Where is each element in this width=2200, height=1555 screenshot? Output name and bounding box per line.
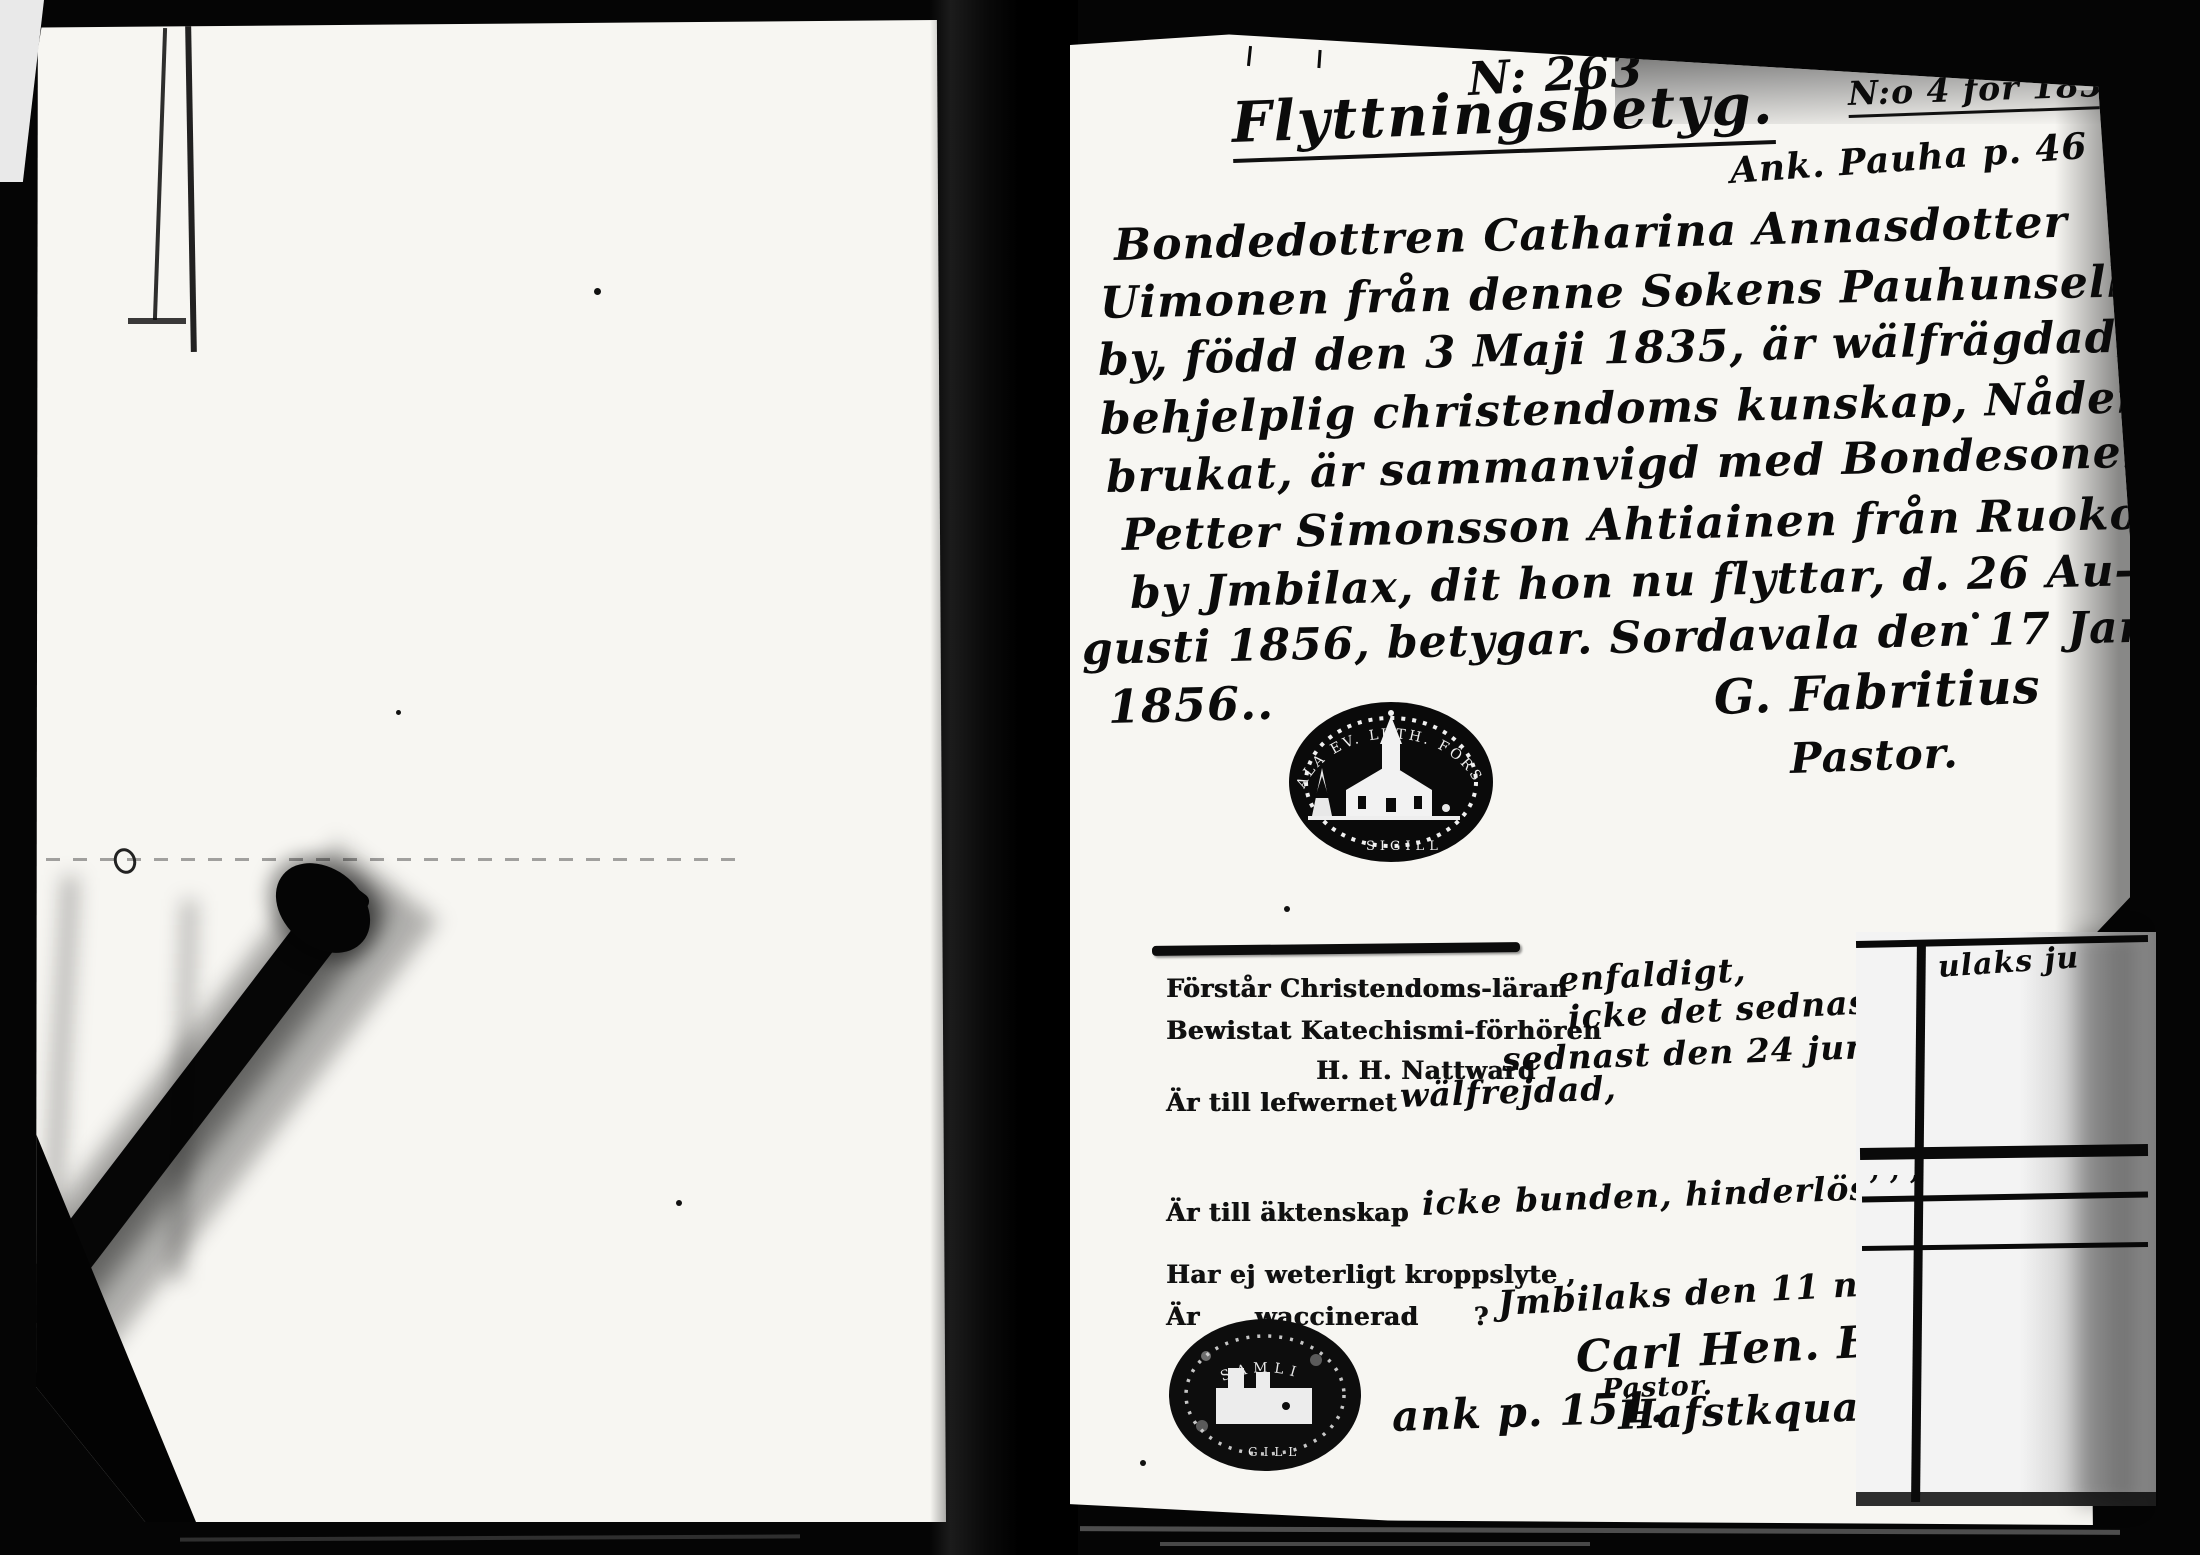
ink-speck	[676, 1200, 682, 1206]
ink-speck	[594, 288, 601, 295]
document-title: Flyttningsbetyg.	[1231, 71, 1776, 163]
pastor-signature: G. Fabritius	[1713, 659, 2041, 726]
seal-bottom-text: SIGILL	[1366, 839, 1443, 854]
crease-hook	[128, 318, 186, 324]
ink-speck	[1140, 1460, 1146, 1466]
bottom-edge-streak	[1160, 1542, 1590, 1546]
book-gutter	[930, 0, 1078, 1555]
form-value: icke bunden, hinderlös,	[1421, 1168, 1882, 1223]
arrival-note: Ank. Pauha p. 46	[1729, 125, 2089, 192]
form-label: Är till lefwernet	[1166, 1088, 1397, 1117]
ink-ring-mark	[110, 845, 140, 877]
form-label: Förstår Christendoms-läran	[1166, 974, 1568, 1003]
ink-speck	[1972, 612, 1979, 619]
form-value: wälfrejdad,	[1399, 1068, 1617, 1115]
left-page	[36, 20, 946, 1522]
pastor-title: Pastor.	[1789, 728, 1959, 783]
bottom-edge-streak	[1080, 1526, 2120, 1535]
cover-edge-sliver	[0, 0, 44, 182]
scanned-book-spread: N: 263 N:o 4 för 1856 Flyttningsbetyg. A…	[0, 0, 2200, 1555]
crease-line	[185, 26, 197, 352]
ink-speck	[1682, 292, 1688, 298]
fold-line	[46, 858, 736, 861]
parish-seal: ALA EV. LUTH. FÖRS. KYRKO SIGILL	[1286, 698, 1496, 866]
underlying-ruled-page: ulaks ju , , ,	[1856, 932, 2156, 1506]
tick-marks: , , ,	[1870, 1156, 1920, 1186]
seal-bottom-text: GILL	[1248, 1445, 1302, 1459]
edge-tick	[1317, 50, 1321, 68]
ruled-page-note: ulaks ju	[1937, 940, 2081, 985]
edge-tick	[1247, 46, 1252, 66]
body-line: 1856..	[1107, 676, 1274, 734]
ink-speck	[1284, 906, 1290, 912]
struck-out-line	[1152, 942, 1520, 956]
form-label: Är till äktenskap	[1166, 1198, 1409, 1227]
bottom-edge-streak	[180, 1534, 800, 1541]
table-rule-vertical	[1911, 942, 1926, 1502]
page-bottom-edge	[1856, 1492, 2156, 1506]
ink-speck	[396, 710, 401, 715]
chapel-seal: SAMLI GILL	[1166, 1316, 1364, 1474]
page-edge-smudge	[2076, 932, 2136, 1506]
crease-line	[153, 28, 167, 320]
